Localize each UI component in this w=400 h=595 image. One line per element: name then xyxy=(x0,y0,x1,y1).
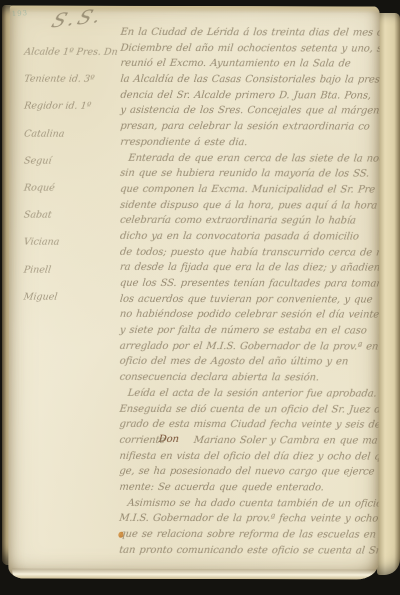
manuscript-line: Enseguida se dió cuenta de un oficio del… xyxy=(119,401,380,417)
margin-attendee: Regidor id. 1º xyxy=(22,93,127,120)
manuscript-line: ra desde la fijada que era la de las die… xyxy=(119,260,380,276)
manuscript-line: que se relaciona sobre reforma de las es… xyxy=(118,527,379,543)
manuscript-line: consecuencia declara abierta la sesión. xyxy=(119,370,380,386)
manuscript-line: tan pronto comunicando este oficio se cu… xyxy=(118,542,379,558)
margin-attendee-list: Alcalde 1º Pres. DnTeniente id. 3ºRegido… xyxy=(22,39,125,311)
margin-attendee: Teniente id. 3º xyxy=(23,66,128,93)
manuscript-body: Don En la Ciudad de Lérida á los treinta… xyxy=(118,25,379,559)
margin-attendee: Roqué xyxy=(22,174,127,201)
photograph-background: 193 S.S. Alcalde 1º Pres. DnTeniente id.… xyxy=(0,0,400,595)
manuscript-line: y siete por falta de número se estaba en… xyxy=(119,323,380,339)
manuscript-line: los acuerdos que tuvieran por convenient… xyxy=(119,291,380,307)
opening-flourish: S.S. xyxy=(48,6,107,33)
manuscript-line: nifiesta en vista del oficio del día die… xyxy=(119,448,380,464)
manuscript-line: dicho ya en la convocatoria pasada á dom… xyxy=(119,229,380,245)
manuscript-line: Enterada de que eran cerca de las siete … xyxy=(119,150,379,166)
manuscript-line: En la Ciudad de Lérida á los treinta dia… xyxy=(120,25,380,41)
margin-attendee: Miguel xyxy=(22,283,127,310)
margin-attendee: Seguí xyxy=(22,147,127,174)
manuscript-line: oficio del mes de Agosto del año último … xyxy=(119,354,380,370)
manuscript-line: presan, para celebrar la sesión extraord… xyxy=(119,119,379,135)
underlying-page-edge xyxy=(377,13,400,575)
manuscript-page: 193 S.S. Alcalde 1º Pres. DnTeniente id.… xyxy=(8,6,379,580)
manuscript-line: dencia del Sr. Alcalde primero D. Juan B… xyxy=(119,88,379,104)
manuscript-line: mente: Se acuerda que quede enterado. xyxy=(118,480,379,496)
manuscript-line: Asimismo se ha dado cuenta también de un… xyxy=(118,495,379,511)
archival-corner-number: 193 xyxy=(11,9,28,18)
margin-attendee: Catalina xyxy=(22,120,127,147)
manuscript-line: que los SS. presentes tenían facultades … xyxy=(119,276,380,292)
manuscript-line: sin que se hubiera reunido la mayoría de… xyxy=(119,166,379,182)
manuscript-line: de todos; puesto que había transcurrido … xyxy=(119,244,380,260)
manuscript-line: reunió el Excmo. Ayuntamiento en la Sala… xyxy=(120,56,380,72)
manuscript-line: y asistencia de los Sres. Concejales que… xyxy=(119,103,379,119)
manuscript-line: arreglado por el M.I.S. Gobernador de la… xyxy=(119,339,380,355)
margin-attendee: Viciana xyxy=(22,229,127,256)
manuscript-line: Diciembre del año mil ochocientos setent… xyxy=(120,40,380,56)
manuscript-line: celebraría como extraordinaria según lo … xyxy=(119,213,380,229)
manuscript-line: sidente dispuso que á la hora, pues aquí… xyxy=(119,197,380,213)
manuscript-line: Leída el acta de la sesión anterior fue … xyxy=(119,386,380,402)
margin-attendee: Pinell xyxy=(22,256,127,283)
manuscript-line: grado de esta misma Ciudad fecha veinte … xyxy=(119,417,380,433)
manuscript-line: rrespondiente á este dia. xyxy=(119,135,379,151)
manuscript-line: que componen la Excma. Municipalidad el … xyxy=(119,182,380,198)
manuscript-line: M.I.S. Gobernador de la prov.ª fecha vei… xyxy=(118,511,379,527)
margin-attendee: Alcalde 1º Pres. Dn xyxy=(23,39,128,66)
manuscript-line: la Alcaldía de las Casas Consistoriales … xyxy=(120,72,380,88)
ink-spot-mark xyxy=(118,532,123,538)
page-bottom-curl xyxy=(12,569,376,580)
manuscript-line: no habiéndose podido celebrar sesión el … xyxy=(119,307,380,323)
manuscript-line: corriente Mariano Soler y Cambra en que … xyxy=(119,433,380,449)
manuscript-line: ge, se ha posesionado del nuevo cargo qu… xyxy=(119,464,380,480)
margin-attendee: Sabat xyxy=(22,202,127,229)
